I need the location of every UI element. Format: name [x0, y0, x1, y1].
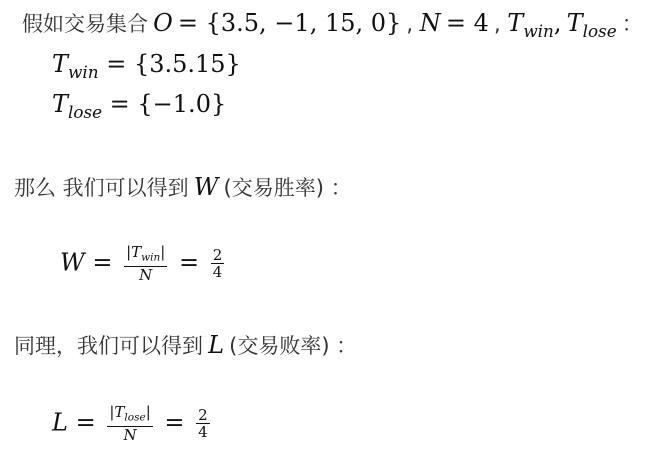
fraction-result: 2 4 — [211, 247, 225, 280]
lose-rate-formula: L = |Tlose| N = 2 4 — [52, 404, 214, 443]
set-value: = {3.5, −1, 15, 0} — [178, 9, 401, 37]
intro-text: 假如交易集合 — [22, 12, 148, 36]
lose-rate-intro: 同理，我们可以得到 L (交易败率) ： — [14, 330, 357, 360]
twin-definition: Twin = {3.5.15} — [52, 50, 241, 82]
fraction: |Twin| N — [124, 244, 167, 283]
t-win-symbol: Twin — [507, 9, 554, 37]
colon: ： — [622, 12, 643, 36]
intro-line: 假如交易集合 O = {3.5, −1, 15, 0} , N = 4 , Tw… — [22, 8, 643, 41]
win-rate-formula: W = |Twin| N = 2 4 — [60, 244, 228, 283]
win-rate-intro: 那么 我们可以得到 W (交易胜率) ： — [14, 172, 352, 202]
n-value: = 4 — [446, 9, 489, 37]
separator: , — [406, 12, 419, 36]
tlose-definition: Tlose = {−1.0} — [52, 90, 226, 122]
set-variable: O — [153, 9, 173, 37]
fraction-result: 2 4 — [196, 407, 210, 440]
fraction: |Tlose| N — [107, 404, 152, 443]
t-lose-symbol: Tlose — [567, 9, 617, 37]
separator: , — [494, 12, 507, 36]
n-variable: N — [420, 9, 441, 37]
